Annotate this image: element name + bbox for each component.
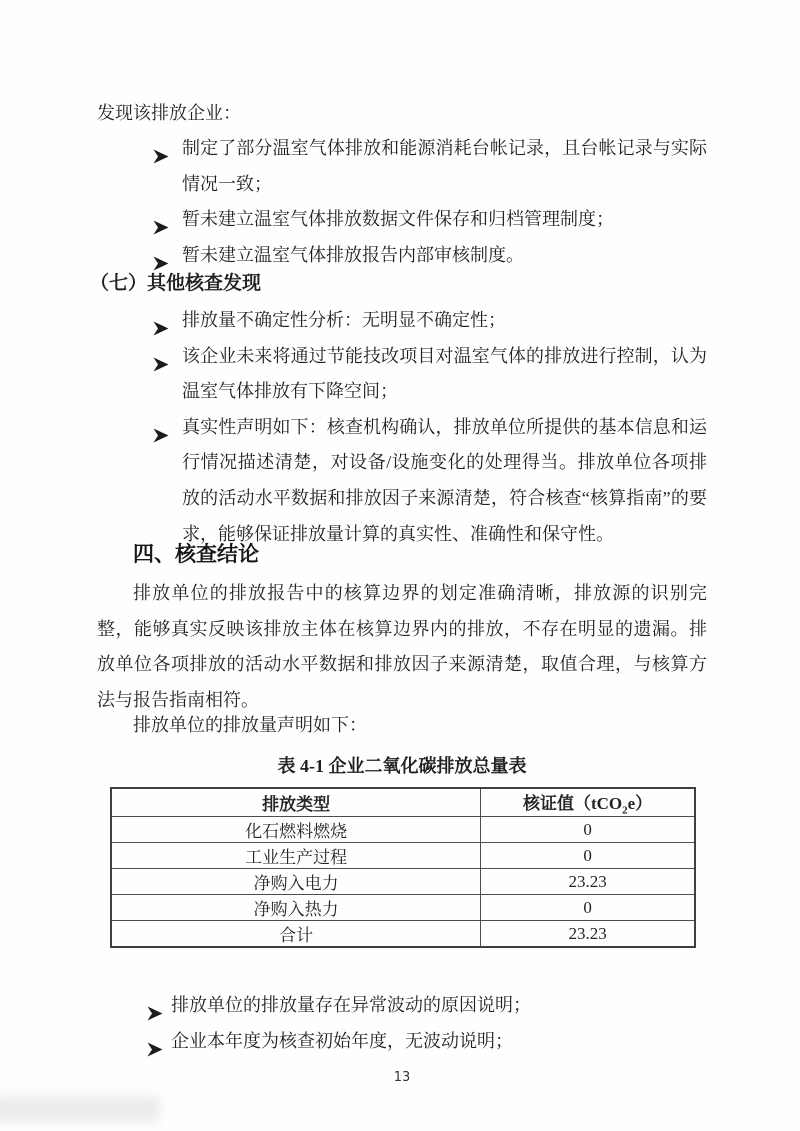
emission-table: 排放类型 核证值（tCO2e） 化石燃料燃烧 0 工业生产过程 0 净购入电力 … (110, 787, 696, 948)
section7-bullet-list: 排放量不确定性分析：无明显不确定性； 该企业未来将通过节能技改项目对温室气体的排… (153, 303, 707, 552)
notes-bullet-list: 排放单位的排放量存在异常波动的原因说明； 企业本年度为核查初始年度，无波动说明； (147, 988, 707, 1059)
arrow-bullet-icon (153, 349, 169, 364)
findings-intro: 发现该排放企业： (97, 96, 707, 132)
col-header-emission-type: 排放类型 (111, 788, 481, 817)
list-item-text: 排放量不确定性分析：无明显不确定性； (182, 310, 506, 330)
section7-heading: （七）其他核查发现 (90, 269, 261, 299)
list-item-text: 该企业未来将通过节能技改项目对温室气体的排放进行控制，认为温室气体排放有下降空间… (182, 346, 707, 402)
list-item: 该企业未来将通过节能技改项目对温室气体的排放进行控制，认为温室气体排放有下降空间… (153, 339, 707, 410)
list-item-text: 排放单位的排放量存在异常波动的原因说明； (171, 995, 531, 1015)
arrow-bullet-icon (153, 313, 169, 328)
list-item-text: 真实性声明如下：核查机构确认，排放单位所提供的基本信息和运行情况描述清楚，对设备… (182, 417, 707, 544)
table-row: 工业生产过程 0 (111, 843, 695, 869)
arrow-bullet-icon (147, 998, 163, 1013)
list-item-text: 暂未建立温室气体排放数据文件保存和归档管理制度； (182, 209, 614, 229)
list-item-text: 制定了部分温室气体排放和能源消耗台帐记录，且台帐记录与实际情况一致； (182, 138, 707, 194)
table-row: 化石燃料燃烧 0 (111, 817, 695, 843)
conclusion-paragraph: 排放单位的排放报告中的核算边界的划定准确清晰，排放源的识别完整，能够真实反映该排… (97, 576, 707, 718)
table-row: 合计 23.23 (111, 921, 695, 948)
cell-emission-type: 净购入电力 (111, 869, 481, 895)
cell-verified-value: 0 (481, 843, 695, 869)
arrow-bullet-icon (153, 141, 169, 156)
cell-emission-type: 工业生产过程 (111, 843, 481, 869)
cell-verified-value: 23.23 (481, 869, 695, 895)
list-item: 排放量不确定性分析：无明显不确定性； (153, 303, 707, 339)
cell-verified-value: 0 (481, 895, 695, 921)
list-item: 暂未建立温室气体排放数据文件保存和归档管理制度； (153, 202, 707, 238)
page-content: 发现该排放企业： 制定了部分温室气体排放和能源消耗台帐记录，且台帐记录与实际情况… (97, 0, 707, 1131)
arrow-bullet-icon (153, 248, 169, 263)
table-row: 净购入热力 0 (111, 895, 695, 921)
unit-prefix: 核证值（tCO (523, 794, 622, 813)
list-item: 制定了部分温室气体排放和能源消耗台帐记录，且台帐记录与实际情况一致； (153, 131, 707, 202)
list-item: 企业本年度为核查初始年度，无波动说明； (147, 1024, 707, 1060)
emission-declaration-line: 排放单位的排放量声明如下： (97, 708, 707, 744)
cell-emission-type: 净购入热力 (111, 895, 481, 921)
col-header-verified-value: 核证值（tCO2e） (481, 788, 695, 817)
findings-bullet-list: 制定了部分温室气体排放和能源消耗台帐记录，且台帐记录与实际情况一致； 暂未建立温… (153, 131, 707, 273)
document-page: 发现该排放企业： 制定了部分温室气体排放和能源消耗台帐记录，且台帐记录与实际情况… (0, 0, 800, 1131)
cell-verified-value: 0 (481, 817, 695, 843)
arrow-bullet-icon (153, 420, 169, 435)
table-title: 表 4-1 企业二氧化碳排放总量表 (97, 753, 707, 779)
cell-emission-type: 合计 (111, 921, 481, 948)
table-header-row: 排放类型 核证值（tCO2e） (111, 788, 695, 817)
list-item-text: 暂未建立温室气体排放报告内部审核制度。 (182, 245, 524, 265)
unit-suffix: e） (628, 794, 653, 813)
list-item: 排放单位的排放量存在异常波动的原因说明； (147, 988, 707, 1024)
page-number: 13 (97, 1070, 707, 1085)
list-item-text: 企业本年度为核查初始年度，无波动说明； (171, 1031, 513, 1051)
conclusion-heading: 四、核查结论 (133, 540, 259, 570)
cell-verified-value: 23.23 (481, 921, 695, 948)
arrow-bullet-icon (147, 1034, 163, 1049)
arrow-bullet-icon (153, 212, 169, 227)
list-item: 真实性声明如下：核查机构确认，排放单位所提供的基本信息和运行情况描述清楚，对设备… (153, 410, 707, 552)
table-row: 净购入电力 23.23 (111, 869, 695, 895)
cell-emission-type: 化石燃料燃烧 (111, 817, 481, 843)
